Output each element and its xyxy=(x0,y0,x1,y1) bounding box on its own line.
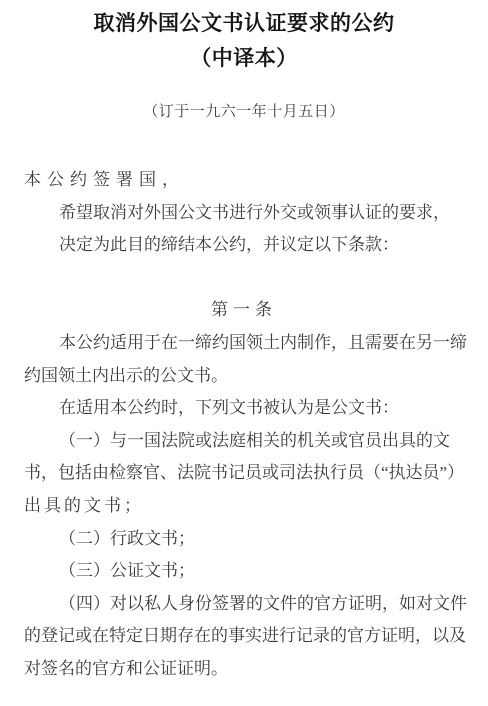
paragraph-signatories: 本公约签署国， xyxy=(24,164,464,197)
paragraph-scope-line1: 本公约适用于在一缔约国领土内制作，且需要在另一缔 xyxy=(24,327,464,360)
document-date-line: （订于一九六一年十月五日） xyxy=(24,96,464,129)
item-four-line3: 对签名的官方和公证证明。 xyxy=(24,653,464,686)
paragraph-desiring: 希望取消对外国公文书进行外交或领事认证的要求， xyxy=(24,197,464,230)
item-four-line1: （四）对以私人身份签署的文件的官方证明，如对文件 xyxy=(24,588,464,621)
article-one-heading: 第一条 xyxy=(24,294,464,327)
document-subtitle: （中译本） xyxy=(24,41,464,76)
item-four-line2: 的登记或在特定日期存在的事实进行记录的官方证明，以及 xyxy=(24,620,464,653)
document-title: 取消外国公文书认证要求的公约 xyxy=(24,6,464,41)
paragraph-deemed-public: 在适用本公约时，下列文书被认为是公文书： xyxy=(24,392,464,425)
document-body: 本公约签署国， 希望取消对外国公文书进行外交或领事认证的要求， 决定为此目的缔结… xyxy=(24,164,464,686)
item-three: （三）公证文书； xyxy=(24,555,464,588)
item-one-line1: （一）与一国法院或法庭相关的机关或官员出具的文 xyxy=(24,425,464,458)
item-one-line2: 书，包括由检察官、法院书记员或司法执行员（“执达员”） xyxy=(24,457,464,490)
paragraph-scope-line2: 约国领土内出示的公文书。 xyxy=(24,360,464,393)
paragraph-resolved: 决定为此目的缔结本公约，并议定以下条款： xyxy=(24,229,464,262)
item-two: （二）行政文书； xyxy=(24,523,464,556)
item-one-line3: 出具的文书； xyxy=(24,490,464,523)
document-page: 取消外国公文书认证要求的公约 （中译本） （订于一九六一年十月五日） 本公约签署… xyxy=(0,0,488,706)
